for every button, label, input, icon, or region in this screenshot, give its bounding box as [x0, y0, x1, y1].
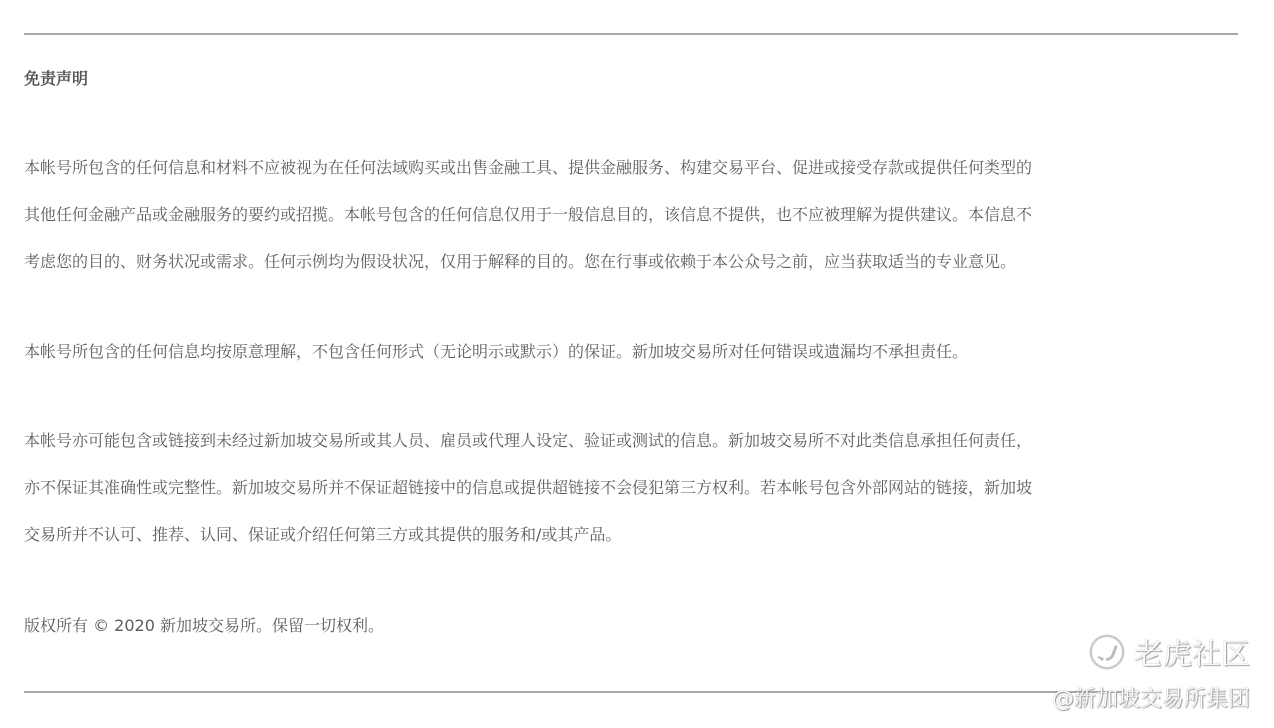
paragraph-line: 其他任何金融产品或金融服务的要约或招揽。本帐号包含的任何信息仅用于一般信息目的，…	[24, 191, 1238, 238]
watermark: 老虎社区	[1050, 632, 1250, 672]
paragraph-line: 亦不保证其准确性或完整性。新加坡交易所并不保证超链接中的信息或提供超链接不会侵犯…	[24, 464, 1238, 511]
disclaimer-paragraph-1: 本帐号所包含的任何信息和材料不应被视为在任何法域购买或出售金融工具、提供金融服务…	[24, 144, 1238, 285]
paragraph-line: 考虑您的目的、财务状况或需求。任何示例均为假设状况，仅用于解释的目的。您在行事或…	[24, 238, 1238, 285]
watermark-brand: 老虎社区	[1050, 632, 1250, 672]
disclaimer-title: 免责声明	[24, 66, 88, 89]
paragraph-line: 本帐号亦可能包含或链接到未经过新加坡交易所或其人员、雇员或代理人设定、验证或测试…	[24, 417, 1238, 464]
watermark-brand-text: 老虎社区	[1134, 632, 1250, 673]
top-divider	[24, 33, 1238, 35]
bottom-divider	[24, 691, 1124, 693]
disclaimer-paragraph-3: 本帐号亦可能包含或链接到未经过新加坡交易所或其人员、雇员或代理人设定、验证或测试…	[24, 417, 1238, 558]
paragraph-line: 本帐号所包含的任何信息均按原意理解，不包含任何形式（无论明示或默示）的保证。新加…	[24, 328, 1238, 375]
disclaimer-paragraph-2: 本帐号所包含的任何信息均按原意理解，不包含任何形式（无论明示或默示）的保证。新加…	[24, 328, 1238, 375]
paragraph-line: 本帐号所包含的任何信息和材料不应被视为在任何法域购买或出售金融工具、提供金融服务…	[24, 144, 1238, 191]
paragraph-line: 交易所并不认可、推荐、认同、保证或介绍任何第三方或其提供的服务和/或其产品。	[24, 511, 1238, 558]
watermark-handle: @新加坡交易所集团	[1052, 682, 1250, 713]
tiger-community-logo-icon	[1090, 635, 1124, 669]
